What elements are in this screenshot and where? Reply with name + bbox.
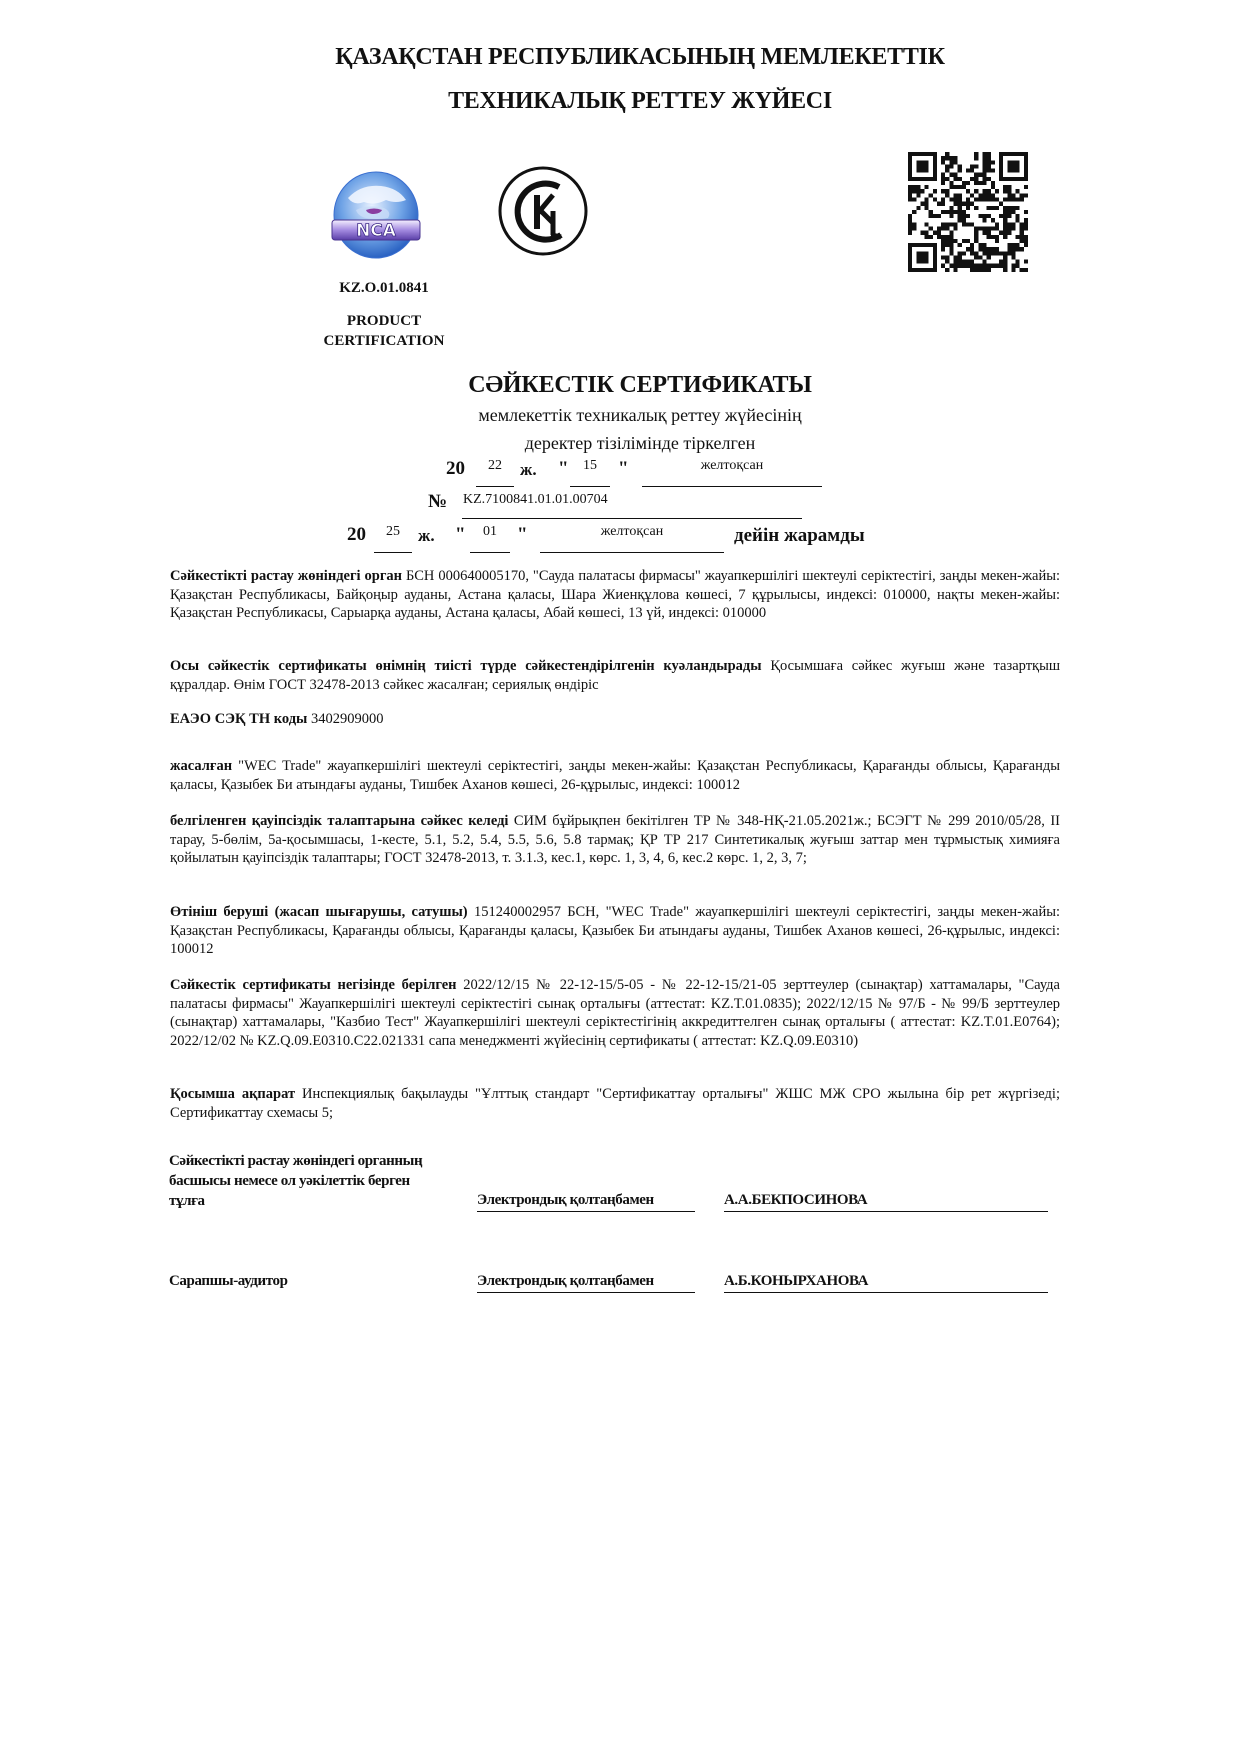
accreditation-code: KZ.O.01.0841 bbox=[284, 280, 484, 297]
issue-year: 22 bbox=[476, 458, 514, 474]
certificate-number: KZ.7100841.01.01.00704 bbox=[463, 492, 608, 508]
section-applicant: Өтініш беруші (жасап шығарушы, сатушы) 1… bbox=[170, 903, 1060, 959]
issue-century: 20 bbox=[446, 458, 465, 480]
section-text: "WEC Trade" жауапкершілігі шектеулі сері… bbox=[170, 758, 1060, 793]
signatory-name-underline bbox=[724, 1211, 1048, 1212]
valid-day: 01 bbox=[470, 524, 510, 540]
svg-text:NCA: NCA bbox=[356, 221, 397, 241]
qr-code[interactable] bbox=[908, 152, 1028, 272]
issue-year-suffix: ж. bbox=[520, 460, 537, 480]
product-certification-line-1: PRODUCT bbox=[284, 311, 484, 331]
issue-month: желтоқсан bbox=[642, 458, 822, 474]
section-tn-code: ЕАЭО СЭҚ ТН коды 3402909000 bbox=[170, 710, 1060, 729]
kz-conformity-mark-icon bbox=[497, 165, 589, 257]
role-line: басшысы немесе ол уәкілеттік берген bbox=[169, 1171, 422, 1191]
role-line: тұлға bbox=[169, 1191, 422, 1211]
section-basis: Сәйкестік сертификаты негізінде берілген… bbox=[170, 976, 1060, 1050]
section-label: белгіленген қауіпсіздік талаптарына сәйк… bbox=[170, 813, 508, 829]
header-line-1: ҚАЗАҚСТАН РЕСПУБЛИКАСЫНЫҢ МЕМЛЕКЕТТІК bbox=[20, 44, 1240, 71]
valid-until-label: дейін жарамды bbox=[734, 525, 865, 547]
registry-line-1: мемлекеттік техникалық реттеу жүйесінің bbox=[20, 405, 1240, 426]
product-certification-line-2: CERTIFICATION bbox=[284, 331, 484, 351]
signature-method-underline bbox=[477, 1292, 695, 1293]
signature-method-auditor: Электрондық қолтаңбамен bbox=[477, 1273, 654, 1290]
signature-method-underline bbox=[477, 1211, 695, 1212]
section-text: Инспекциялық бақылауды "Ұлттық стандарт … bbox=[170, 1086, 1060, 1121]
section-text: 3402909000 bbox=[307, 711, 383, 727]
valid-month-underline bbox=[540, 552, 724, 553]
section-label: Сәйкестікті растау жөніндегі орган bbox=[170, 568, 402, 584]
valid-quote-open: " bbox=[455, 524, 466, 546]
issue-quote-open: " bbox=[558, 458, 569, 480]
valid-century: 20 bbox=[347, 524, 366, 546]
issue-day: 15 bbox=[570, 458, 610, 474]
signatory-name-underline bbox=[724, 1292, 1048, 1293]
section-product-identification: Осы сәйкестік сертификаты өнімнің тиісті… bbox=[170, 657, 1060, 694]
valid-day-underline bbox=[470, 552, 510, 553]
signatory-name-head: А.А.БЕКПОСИНОВА bbox=[724, 1192, 867, 1209]
section-additional-info: Қосымша ақпарат Инспекциялық бақылауды "… bbox=[170, 1085, 1060, 1122]
section-label: Осы сәйкестік сертификаты өнімнің тиісті… bbox=[170, 658, 762, 674]
signature-method-head: Электрондық қолтаңбамен bbox=[477, 1192, 654, 1209]
section-label: жасалған bbox=[170, 758, 232, 774]
certificate-number-underline bbox=[462, 518, 802, 519]
section-label: Қосымша ақпарат bbox=[170, 1086, 295, 1102]
section-safety-requirements: белгіленген қауіпсіздік талаптарына сәйк… bbox=[170, 812, 1060, 868]
valid-year-suffix: ж. bbox=[418, 526, 435, 546]
signatory-name-auditor: А.Б.КОНЫРХАНОВА bbox=[724, 1273, 868, 1290]
certificate-number-label: № bbox=[428, 491, 447, 513]
product-certification-label: PRODUCT CERTIFICATION bbox=[284, 311, 484, 351]
header-line-2: ТЕХНИКАЛЫҚ РЕТТЕУ ЖҮЙЕСІ bbox=[20, 88, 1240, 115]
section-label: Сәйкестік сертификаты негізінде берілген bbox=[170, 977, 457, 993]
issue-year-underline bbox=[476, 486, 514, 487]
certificate-title: СӘЙКЕСТІК СЕРТИФИКАТЫ bbox=[20, 372, 1240, 399]
section-manufacturer: жасалған "WEC Trade" жауапкершілігі шект… bbox=[170, 757, 1060, 794]
valid-year-underline bbox=[374, 552, 412, 553]
valid-quote-close: " bbox=[517, 524, 528, 546]
valid-month: желтоқсан bbox=[540, 524, 724, 540]
section-label: ЕАЭО СЭҚ ТН коды bbox=[170, 711, 307, 727]
role-line: Сәйкестікті растау жөніндегі органның bbox=[169, 1151, 422, 1171]
valid-year: 25 bbox=[374, 524, 412, 540]
registry-line-2: деректер тізілімінде тіркелген bbox=[20, 433, 1240, 454]
signatory-role-head: Сәйкестікті растау жөніндегі органның ба… bbox=[169, 1151, 422, 1211]
issue-quote-close: " bbox=[618, 458, 629, 480]
nca-globe-logo-icon: NCA bbox=[326, 170, 426, 260]
section-certification-body: Сәйкестікті растау жөніндегі орган БСН 0… bbox=[170, 567, 1060, 623]
section-label: Өтініш беруші (жасап шығарушы, сатушы) bbox=[170, 904, 468, 920]
signatory-role-auditor: Сарапшы-аудитор bbox=[169, 1273, 288, 1290]
issue-month-underline bbox=[642, 486, 822, 487]
issue-day-underline bbox=[570, 486, 610, 487]
